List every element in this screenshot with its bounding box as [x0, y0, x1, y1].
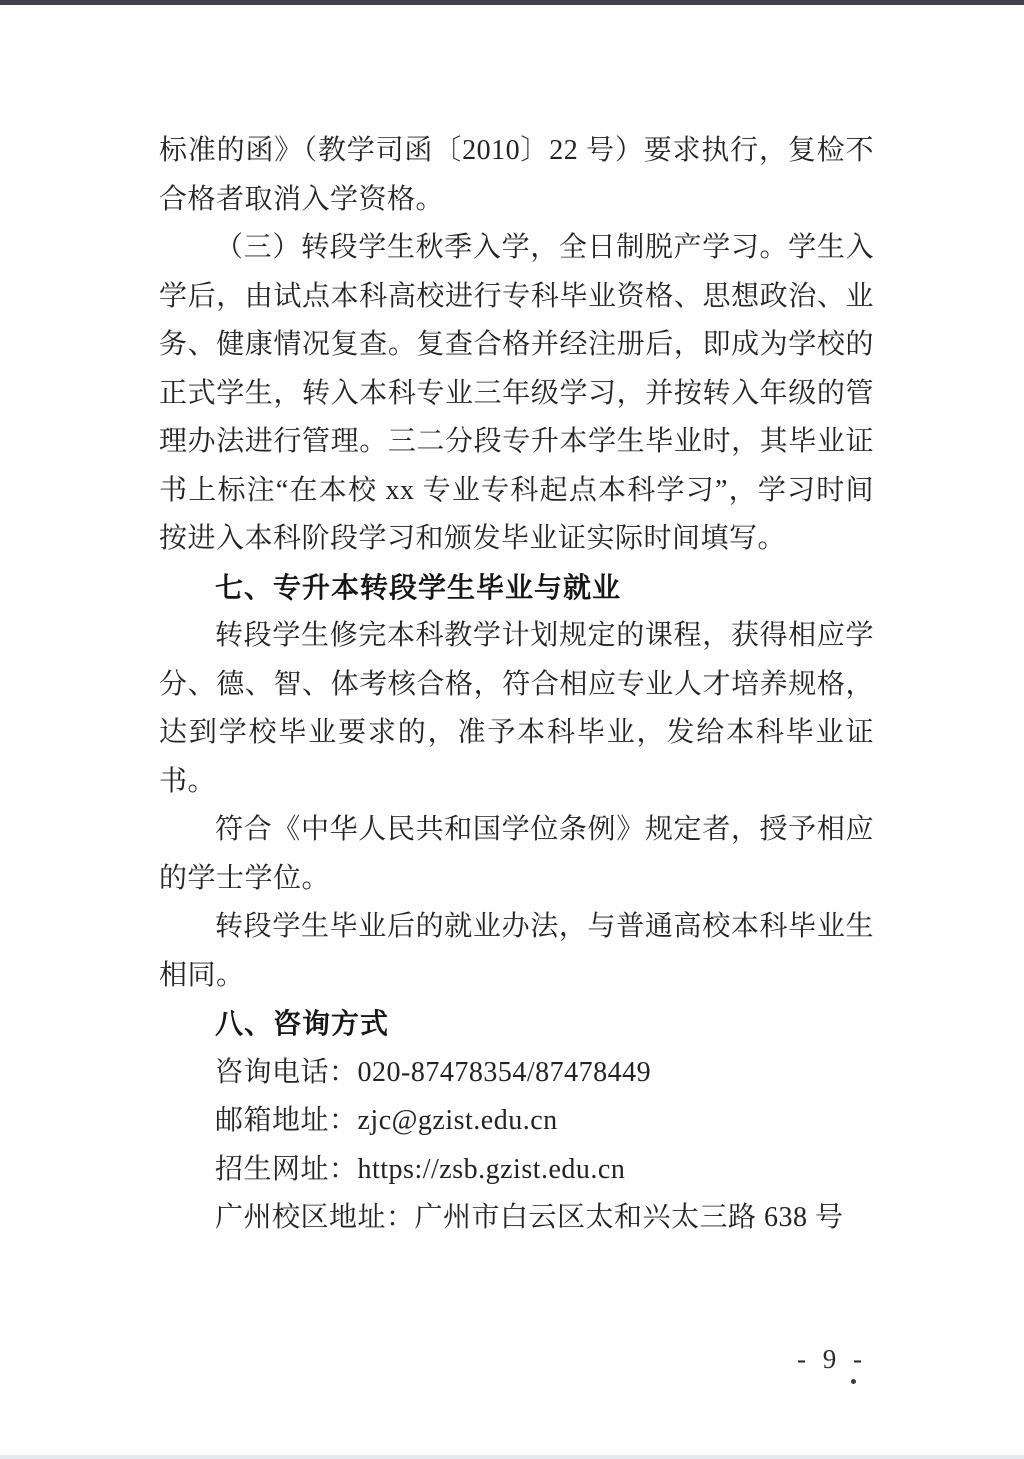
scan-artifact-bottom-edge — [0, 1455, 1024, 1459]
body-paragraph: 标准的函》（教学司函〔2010〕22 号）要求执行，复检不合格者取消入学资格。 — [159, 127, 874, 224]
page-number: - 9 - — [797, 1344, 867, 1375]
document-content: 标准的函》（教学司函〔2010〕22 号）要求执行，复检不合格者取消入学资格。（… — [159, 127, 874, 1243]
body-paragraph: 转段学生修完本科教学计划规定的课程，获得相应学分、德、智、体考核合格，符合相应专… — [159, 612, 874, 806]
body-paragraph: 转段学生毕业后的就业办法，与普通高校本科毕业生相同。 — [159, 903, 874, 1000]
section-heading: 七、专升本转段学生毕业与就业 — [159, 564, 874, 613]
contact-line: 招生网址：https://zsb.gzist.edu.cn — [159, 1146, 874, 1195]
contact-line: 广州校区地址：广州市白云区太和兴太三路 638 号 — [159, 1194, 874, 1243]
body-paragraph: 符合《中华人民共和国学位条例》规定者，授予相应的学士学位。 — [159, 806, 874, 903]
document-page: 标准的函》（教学司函〔2010〕22 号）要求执行，复检不合格者取消入学资格。（… — [0, 0, 1024, 1459]
scan-artifact-top-edge — [0, 0, 1024, 5]
section-heading: 八、咨询方式 — [159, 1000, 874, 1049]
scan-artifact-speck — [851, 1379, 856, 1384]
contact-line: 邮箱地址：zjc@gzist.edu.cn — [159, 1097, 874, 1146]
contact-line: 咨询电话：020-87478354/87478449 — [159, 1049, 874, 1098]
body-paragraph: （三）转段学生秋季入学，全日制脱产学习。学生入学后，由试点本科高校进行专科毕业资… — [159, 224, 874, 564]
